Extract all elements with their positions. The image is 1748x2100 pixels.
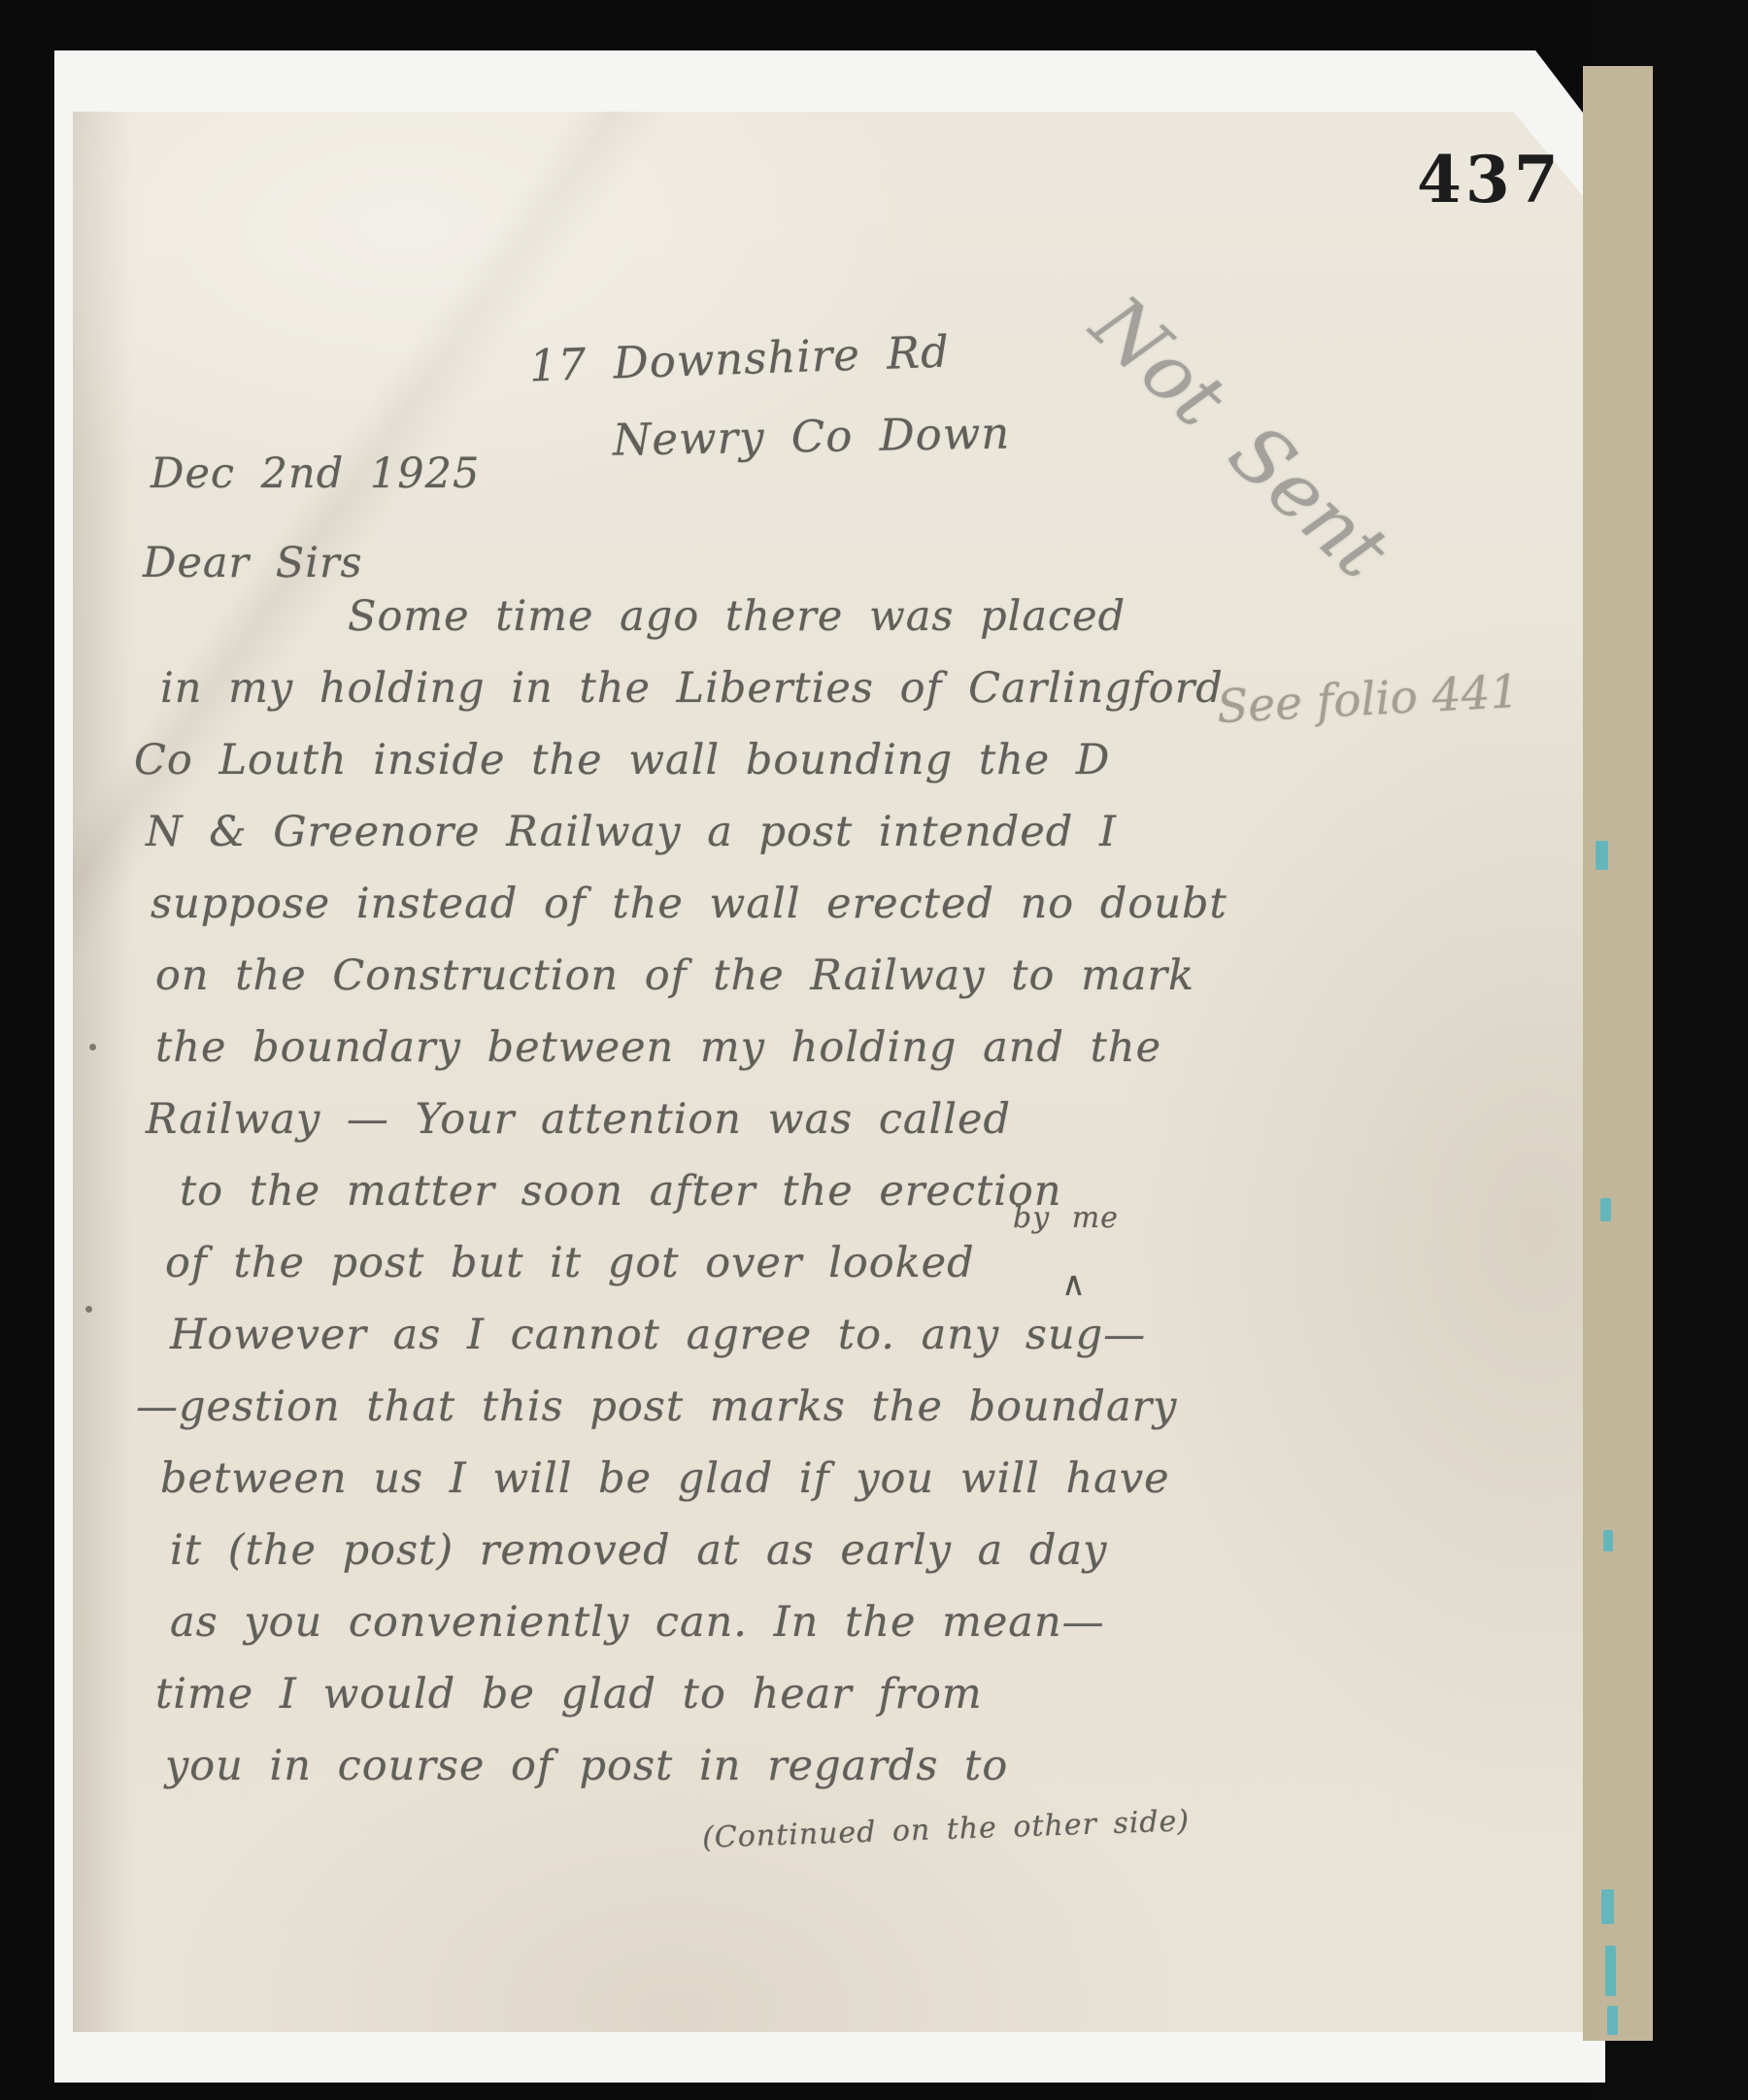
body-line: However as I cannot agree to. any sug— xyxy=(170,1311,1146,1359)
body-line: time I would be glad to hear from xyxy=(155,1670,983,1718)
cyan-edge-mark xyxy=(1605,1946,1616,1996)
body-line: on the Construction of the Railway to ma… xyxy=(155,951,1194,1000)
body-line: to the matter soon after the erection xyxy=(180,1167,1062,1216)
cyan-edge-mark xyxy=(1600,1198,1611,1221)
cyan-edge-mark xyxy=(1601,1889,1614,1924)
letter-date: Dec 2nd 1925 xyxy=(151,450,480,498)
stitch-hole xyxy=(85,1306,92,1313)
book-fore-edge-pages xyxy=(1583,66,1653,2041)
stitch-hole xyxy=(89,1044,96,1050)
insertion-caret: ∧ xyxy=(1061,1265,1087,1304)
photographed-letterbook-page: Not Sent See folio 441 17 Downshire Rd N… xyxy=(0,0,1748,2100)
cyan-edge-mark xyxy=(1607,2006,1618,2035)
body-line: of the post but it got over looked xyxy=(165,1239,975,1287)
body-line: suppose instead of the wall erected no d… xyxy=(151,880,1227,928)
body-line: you in course of post in regards to xyxy=(165,1742,1008,1790)
cyan-edge-mark xyxy=(1603,1530,1613,1551)
salutation: Dear Sirs xyxy=(143,539,363,587)
folio-number: 437 xyxy=(1417,142,1563,217)
annotation-not-sent: Not Sent xyxy=(1075,279,1406,596)
body-line: between us I will be glad if you will ha… xyxy=(160,1454,1170,1503)
body-line: as you conveniently can. In the mean— xyxy=(170,1598,1105,1647)
address-line-1: 17 Downshire Rd xyxy=(528,325,950,391)
continued-note: (Continued on the other side) xyxy=(702,1804,1191,1855)
body-line: Co Louth inside the wall bounding the D xyxy=(134,736,1110,784)
body-line: N & Greenore Railway a post intended I xyxy=(146,808,1117,856)
body-line: in my holding in the Liberties of Carlin… xyxy=(160,664,1224,713)
body-line: it (the post) removed at as early a day xyxy=(170,1526,1107,1575)
body-line: the boundary between my holding and the xyxy=(155,1023,1161,1072)
annotation-see-folio: See folio 441 xyxy=(1216,665,1521,734)
address-line-2: Newry Co Down xyxy=(613,407,1011,465)
cyan-edge-mark xyxy=(1596,841,1608,870)
body-line: —gestion that this post marks the bounda… xyxy=(136,1383,1177,1431)
body-line: Railway — Your attention was called xyxy=(146,1095,1011,1144)
body-line: Some time ago there was placed xyxy=(348,592,1126,641)
insertion-by-me: by me xyxy=(1013,1201,1119,1235)
letter-page: Not Sent See folio 441 17 Downshire Rd N… xyxy=(73,112,1583,2032)
